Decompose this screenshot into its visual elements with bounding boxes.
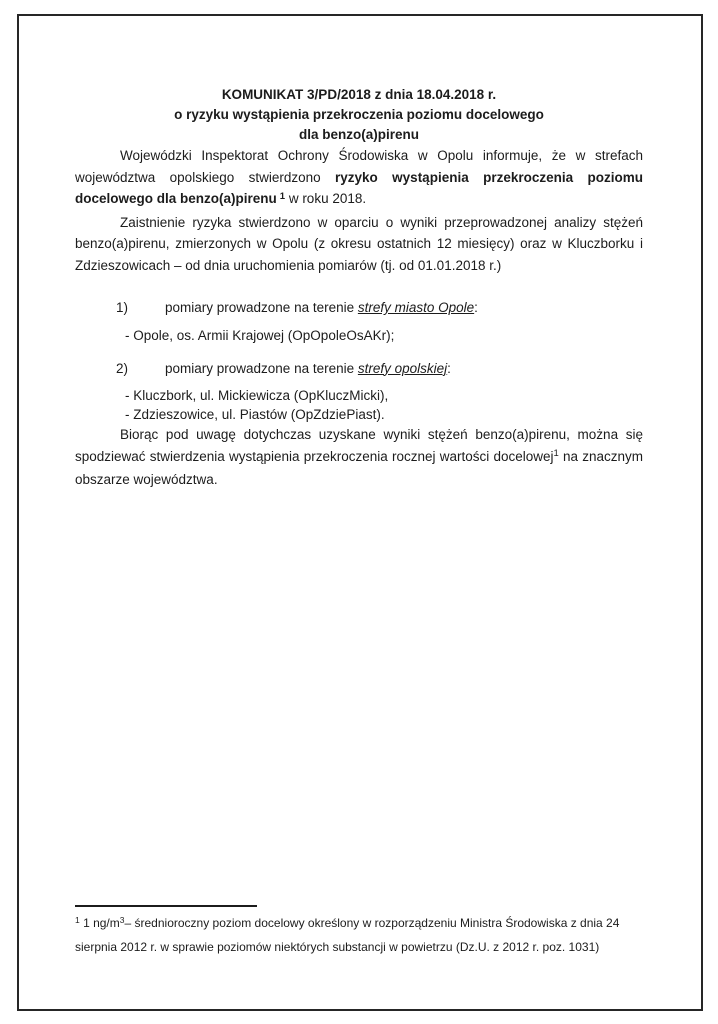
zone-name-opolska: strefy opolskiej (358, 361, 447, 376)
document-content: KOMUNIKAT 3/PD/2018 z dnia 18.04.2018 r.… (75, 0, 643, 491)
list-item-1-number: 1) (116, 297, 165, 319)
footnote-block: 1 1 ng/m3– średnioroczny poziom docelowy… (75, 905, 653, 958)
list-item-1-text: pomiary prowadzone na terenie strefy mia… (165, 297, 478, 319)
footnote-reference-1: 1 (280, 191, 285, 202)
stations-list-1: - Opole, os. Armii Krajowej (OpOpoleOsAK… (75, 326, 643, 345)
list-item-1: 1) pomiary prowadzone na terenie strefy … (75, 297, 643, 319)
paragraph-intro: Wojewódzki Inspektorat Ochrony Środowisk… (75, 145, 643, 212)
paragraph-conclusion: Biorąc pod uwagę dotychczas uzyskane wyn… (75, 424, 643, 491)
station-opole: - Opole, os. Armii Krajowej (OpOpoleOsAK… (125, 326, 643, 345)
list-item-2-number: 2) (116, 358, 165, 380)
footnote-text: 1 1 ng/m3– średnioroczny poziom docelowy… (75, 912, 653, 958)
list-item-2-tail: : (447, 361, 451, 376)
station-kluczbork: - Kluczbork, ul. Mickiewicza (OpKluczMic… (125, 386, 643, 405)
title-line-1: KOMUNIKAT 3/PD/2018 z dnia 18.04.2018 r. (75, 85, 643, 105)
footnote-separator (75, 905, 257, 907)
list-item-2-lead: pomiary prowadzone na terenie (165, 361, 358, 376)
list-item-1-lead: pomiary prowadzone na terenie (165, 300, 358, 315)
zone-name-opole-city: strefy miasto Opole (358, 300, 474, 315)
footnote-tail: – średnioroczny poziom docelowy określon… (75, 916, 619, 954)
document-page: KOMUNIKAT 3/PD/2018 z dnia 18.04.2018 r.… (0, 0, 718, 1024)
paragraph-analysis: Zaistnienie ryzyka stwierdzono w oparciu… (75, 212, 643, 277)
footnote-cubed-sup: 3 (120, 915, 125, 925)
title-line-2: o ryzyku wystąpienia przekroczenia pozio… (75, 105, 643, 125)
station-zdzieszowice: - Zdzieszowice, ul. Piastów (OpZdziePias… (125, 405, 643, 424)
stations-list-2: - Kluczbork, ul. Mickiewicza (OpKluczMic… (75, 386, 643, 424)
title-line-3: dla benzo(a)pirenu (75, 125, 643, 145)
footnote-lead: 1 ng/m (80, 916, 120, 930)
list-item-2: 2) pomiary prowadzone na terenie strefy … (75, 358, 643, 380)
footnote-marker: 1 (75, 915, 80, 925)
footnote-reference-2: 1 (553, 448, 558, 459)
list-item-1-tail: : (474, 300, 478, 315)
document-title: KOMUNIKAT 3/PD/2018 z dnia 18.04.2018 r.… (75, 85, 643, 145)
paragraph-intro-tail: w roku 2018. (285, 191, 366, 206)
list-item-2-text: pomiary prowadzone na terenie strefy opo… (165, 358, 451, 380)
